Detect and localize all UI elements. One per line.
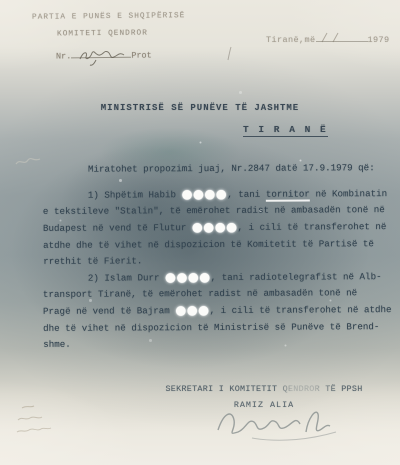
- p2-line1: 2) Islam Durr ●●●●, tani radiotelegrafis…: [43, 268, 389, 287]
- p1-l3-post: , i cili të transferohet në: [237, 222, 386, 234]
- p2-l3-post: , i cili të transferohet në atdhe: [210, 304, 392, 316]
- paragraph-2: 2) Islam Durr ●●●●, tani radiotelegrafis…: [43, 268, 389, 353]
- p2-line3: Pragë në vend të Bajram ●●●, i cili të t…: [43, 302, 389, 321]
- pencil-archive-note: [14, 402, 58, 444]
- signature-title: SEKRETARI I KOMITETIT QENDROR TË PPSH: [158, 384, 370, 394]
- p1-line1: 1) Shpëtim Habib ●●●●, tani tornitor në …: [43, 185, 389, 204]
- p2-l1-post: , tani radiotelegrafist në Alb-: [211, 271, 382, 283]
- p2-l3-pre: Pragë në vend të Bajram: [43, 306, 175, 318]
- p1-line5: rrethit të Fierit.: [43, 252, 389, 270]
- redaction-dots: ●●●●: [192, 219, 238, 234]
- p2-line4: dhe të vihet në dispozicion të Ministris…: [43, 319, 389, 337]
- p1-l1-mid: , tani: [227, 189, 266, 200]
- handwritten-protocol-number: [76, 47, 130, 67]
- handwritten-date-marks: [318, 31, 348, 45]
- p2-l1-pre: 2) Islam Durr: [88, 272, 165, 283]
- body-intro: Miratohet propozimi juaj, Nr.2847 datë 1…: [43, 160, 389, 178]
- redaction-dots: ●●●●: [165, 269, 211, 284]
- p1-line3: Budapest në vend të Flutur ●●●●, i cili …: [43, 219, 389, 238]
- p2-line5: shme.: [43, 335, 389, 353]
- letterhead-org-line1: PARTIA E PUNËS E SHQIPËRISË: [32, 12, 185, 22]
- date-prefix-label: Tiranë,më: [266, 35, 316, 45]
- margin-squiggle: [14, 155, 44, 169]
- p1-l1-post: në Kombinatin: [310, 188, 387, 199]
- p1-line2: e tekstileve "Stalin", të emërohet radis…: [43, 202, 389, 220]
- recipient-city: T I R A N Ë: [243, 124, 328, 137]
- document-photo: PARTIA E PUNËS E SHQIPËRISË KOMITETI QEN…: [0, 0, 400, 465]
- redaction-dots: ●●●●: [182, 186, 228, 201]
- p1-l3-pre: Budapest në vend të Flutur: [43, 223, 192, 235]
- protocol-suffix-label: Prot: [131, 50, 152, 60]
- protocol-prefix-label: Nr.: [56, 51, 71, 61]
- letterhead-org-line2: KOMITETI QENDROR: [57, 30, 148, 39]
- dust-specks: [0, 0, 1, 1]
- p1-l1-underlined-word: tornitor: [266, 189, 310, 202]
- redaction-dots: ●●●: [175, 302, 209, 317]
- p1-line4: atdhe dhe të vihet në dispozicion të Kom…: [43, 236, 389, 254]
- date-year: 1979: [368, 35, 390, 45]
- handwritten-signature: [212, 398, 342, 446]
- p1-l1-pre: 1) Shpëtim Habib: [88, 189, 182, 200]
- recipient-ministry: MINISTRISË SË PUNËVE TË JASHTME: [0, 103, 400, 113]
- p2-line2: transport Tiranë, të emërohet radist në …: [43, 285, 389, 303]
- paragraph-1: 1) Shpëtim Habib ●●●●, tani tornitor në …: [43, 185, 389, 270]
- stray-pen-mark: [224, 46, 234, 62]
